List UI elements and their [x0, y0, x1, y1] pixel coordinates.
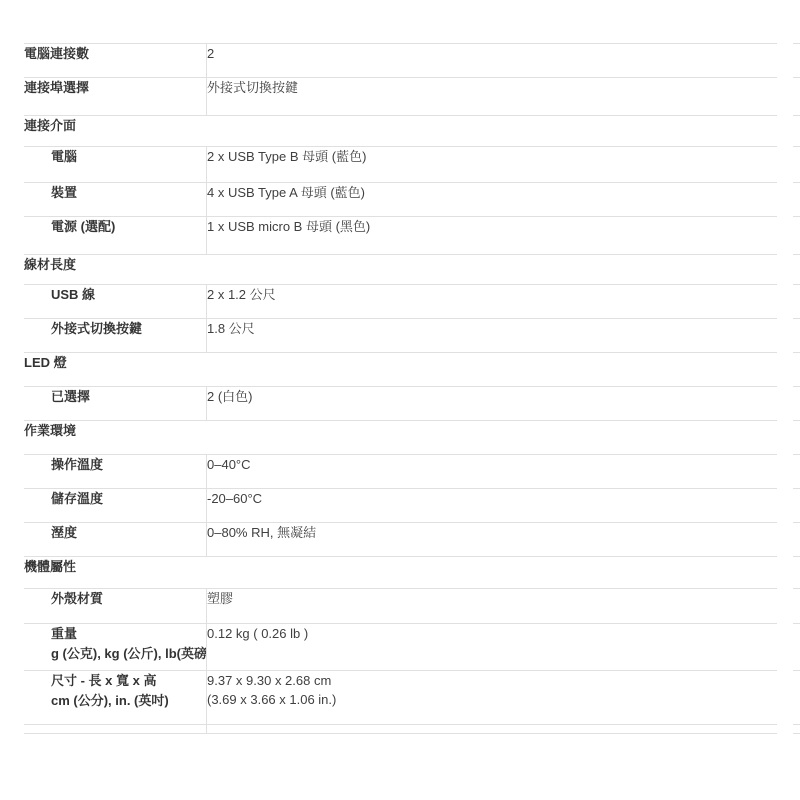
spec-label-line2: cm (公分), in. (英吋): [51, 691, 206, 711]
spec-row: 外殼材質 塑膠: [24, 589, 777, 624]
spec-row: [793, 217, 800, 255]
spec-label-cell: [793, 671, 800, 725]
spec-label-cell: [793, 319, 800, 353]
spec-row: 電腦 2 x USB Type B 母頭 (藍色): [24, 147, 777, 183]
spec-value-cell: 2 (白色): [207, 387, 778, 421]
spec-label-cell: 外殼材質: [24, 589, 207, 624]
spec-section-cell: [793, 255, 800, 285]
spec-label-cell: 操作溫度: [24, 455, 207, 489]
spec-section-row: 線材長度: [24, 255, 777, 285]
adjacent-table-edge: [793, 43, 800, 734]
spec-value-cell: 塑膠: [207, 589, 778, 624]
spec-value-cell: 0–40°C: [207, 455, 778, 489]
spec-value: 2: [207, 44, 777, 63]
spec-value-line2: (3.69 x 3.66 x 1.06 in.): [207, 690, 777, 709]
spec-value-cell: 9.37 x 9.30 x 2.68 cm (3.69 x 3.66 x 1.0…: [207, 671, 778, 725]
spec-label-cell: [793, 147, 800, 183]
spec-row: 裝置 4 x USB Type A 母頭 (藍色): [24, 183, 777, 217]
spec-label: 電源 (選配): [51, 217, 206, 237]
spec-label-cell: 電源 (選配): [24, 217, 207, 255]
spec-label: 連接埠選擇: [24, 78, 206, 98]
spec-row: [793, 455, 800, 489]
spec-label: 儲存溫度: [51, 489, 206, 509]
spec-value-cell: -20–60°C: [207, 489, 778, 523]
spec-row: 重量 g (公克), kg (公斤), lb(英磅) 0.12 kg ( 0.2…: [24, 624, 777, 671]
spec-row: [793, 147, 800, 183]
spec-value: 9.37 x 9.30 x 2.68 cm: [207, 671, 777, 690]
spec-section-label: 機體屬性: [24, 557, 777, 576]
spec-section-label: 線材長度: [24, 255, 777, 274]
spec-label: 外殼材質: [51, 589, 206, 609]
spec-label-cell: 重量 g (公克), kg (公斤), lb(英磅): [24, 624, 207, 671]
spec-row: 操作溫度 0–40°C: [24, 455, 777, 489]
spec-row: [793, 725, 800, 734]
spec-label: USB 線: [51, 285, 206, 305]
spec-label: 溼度: [51, 523, 206, 543]
spec-label-cell: [793, 489, 800, 523]
spec-value: 外接式切換按鍵: [207, 78, 777, 97]
spec-section-label: 作業環境: [24, 421, 777, 440]
spec-row: 儲存溫度 -20–60°C: [24, 489, 777, 523]
spec-section-cell: 線材長度: [24, 255, 777, 285]
spec-value-cell: [207, 725, 778, 734]
spec-section-row: [793, 116, 800, 147]
spec-section-cell: LED 燈: [24, 353, 777, 387]
spec-row: [793, 671, 800, 725]
spec-value: 1 x USB micro B 母頭 (黑色): [207, 217, 777, 236]
spec-section-row: 機體屬性: [24, 557, 777, 589]
spec-section-row: [793, 353, 800, 387]
spec-label-cell: [793, 523, 800, 557]
spec-label: 操作溫度: [51, 455, 206, 475]
adjacent-table-body: [793, 44, 800, 734]
spec-label-cell: [793, 44, 800, 78]
spec-row: [793, 624, 800, 671]
spec-row: [793, 44, 800, 78]
spec-row: [793, 78, 800, 116]
spec-label-cell: [24, 725, 207, 734]
spec-table: 電腦連接數 2 連接埠選擇 外接式切換按鍵 連接介面 電腦 2 x USB Ty…: [24, 43, 777, 734]
page: 電腦連接數 2 連接埠選擇 外接式切換按鍵 連接介面 電腦 2 x USB Ty…: [0, 0, 800, 800]
spec-section-cell: [793, 557, 800, 589]
spec-label-cell: [793, 589, 800, 624]
spec-label-cell: 尺寸 - 長 x 寬 x 高 cm (公分), in. (英吋): [24, 671, 207, 725]
spec-label-cell: [793, 455, 800, 489]
spec-value: 0.12 kg ( 0.26 lb ): [207, 624, 777, 643]
spec-section-cell: [793, 116, 800, 147]
spec-row: 溼度 0–80% RH, 無凝結: [24, 523, 777, 557]
spec-label: 尺寸 - 長 x 寬 x 高: [51, 671, 206, 691]
spec-value-cell: 2: [207, 44, 778, 78]
spec-value-cell: 1 x USB micro B 母頭 (黑色): [207, 217, 778, 255]
spec-label: 電腦: [51, 147, 206, 167]
spec-value-cell: 1.8 公尺: [207, 319, 778, 353]
spec-row: 外接式切換按鍵 1.8 公尺: [24, 319, 777, 353]
spec-label-cell: 連接埠選擇: [24, 78, 207, 116]
spec-section-row: [793, 557, 800, 589]
spec-label-cell: 儲存溫度: [24, 489, 207, 523]
spec-row: [793, 523, 800, 557]
spec-row: [793, 183, 800, 217]
spec-label-cell: 電腦連接數: [24, 44, 207, 78]
spec-row: 電腦連接數 2: [24, 44, 777, 78]
spec-section-cell: 機體屬性: [24, 557, 777, 589]
spec-value-cell: 2 x 1.2 公尺: [207, 285, 778, 319]
spec-tables-wrap: 電腦連接數 2 連接埠選擇 外接式切換按鍵 連接介面 電腦 2 x USB Ty…: [24, 43, 800, 734]
spec-row: [793, 387, 800, 421]
spec-value-cell: 0.12 kg ( 0.26 lb ): [207, 624, 778, 671]
spec-value: 2 x 1.2 公尺: [207, 285, 777, 304]
spec-label-cell: 已選擇: [24, 387, 207, 421]
spec-value-cell: 4 x USB Type A 母頭 (藍色): [207, 183, 778, 217]
spec-row: [793, 285, 800, 319]
spec-label-cell: 裝置: [24, 183, 207, 217]
spec-label: 裝置: [51, 183, 206, 203]
spec-label: 外接式切換按鍵: [51, 319, 206, 339]
spec-label-cell: [793, 725, 800, 734]
spec-value: 0–40°C: [207, 455, 777, 474]
spec-label-cell: [793, 78, 800, 116]
spec-section-row: LED 燈: [24, 353, 777, 387]
spec-value: 2 x USB Type B 母頭 (藍色): [207, 147, 777, 166]
spec-row: 連接埠選擇 外接式切換按鍵: [24, 78, 777, 116]
spec-section-label: LED 燈: [24, 353, 777, 372]
spec-row: USB 線 2 x 1.2 公尺: [24, 285, 777, 319]
spec-row: 尺寸 - 長 x 寬 x 高 cm (公分), in. (英吋) 9.37 x …: [24, 671, 777, 725]
spec-value: -20–60°C: [207, 489, 777, 508]
spec-label: 已選擇: [51, 387, 206, 407]
spec-value: 1.8 公尺: [207, 319, 777, 338]
spec-section-row: [793, 255, 800, 285]
spec-label: 電腦連接數: [24, 44, 206, 64]
spec-section-row: 作業環境: [24, 421, 777, 455]
spec-section-cell: 作業環境: [24, 421, 777, 455]
spec-label-cell: 溼度: [24, 523, 207, 557]
spec-value: 0–80% RH, 無凝結: [207, 523, 777, 542]
spec-value-cell: 外接式切換按鍵: [207, 78, 778, 116]
spec-section-cell: 連接介面: [24, 116, 777, 147]
spec-row: 已選擇 2 (白色): [24, 387, 777, 421]
spec-label-cell: 電腦: [24, 147, 207, 183]
spec-section-cell: [793, 421, 800, 455]
spec-label-cell: [793, 285, 800, 319]
spec-row: [793, 319, 800, 353]
spec-label: 重量: [51, 624, 206, 644]
spec-label-cell: [793, 387, 800, 421]
spec-label-cell: [793, 624, 800, 671]
spec-label-cell: 外接式切換按鍵: [24, 319, 207, 353]
spec-row: [793, 489, 800, 523]
spec-row: [24, 725, 777, 734]
spec-value: 2 (白色): [207, 387, 777, 406]
spec-label-line2: g (公克), kg (公斤), lb(英磅): [51, 644, 206, 664]
spec-value: 塑膠: [207, 589, 777, 608]
spec-label-cell: [793, 183, 800, 217]
spec-table-body: 電腦連接數 2 連接埠選擇 外接式切換按鍵 連接介面 電腦 2 x USB Ty…: [24, 44, 777, 734]
spec-label-cell: USB 線: [24, 285, 207, 319]
spec-section-row: 連接介面: [24, 116, 777, 147]
spec-section-row: [793, 421, 800, 455]
spec-row: 電源 (選配) 1 x USB micro B 母頭 (黑色): [24, 217, 777, 255]
spec-label-cell: [793, 217, 800, 255]
spec-section-label: 連接介面: [24, 116, 777, 135]
spec-value-cell: 2 x USB Type B 母頭 (藍色): [207, 147, 778, 183]
spec-value: 4 x USB Type A 母頭 (藍色): [207, 183, 777, 202]
spec-value-cell: 0–80% RH, 無凝結: [207, 523, 778, 557]
spec-section-cell: [793, 353, 800, 387]
spec-row: [793, 589, 800, 624]
